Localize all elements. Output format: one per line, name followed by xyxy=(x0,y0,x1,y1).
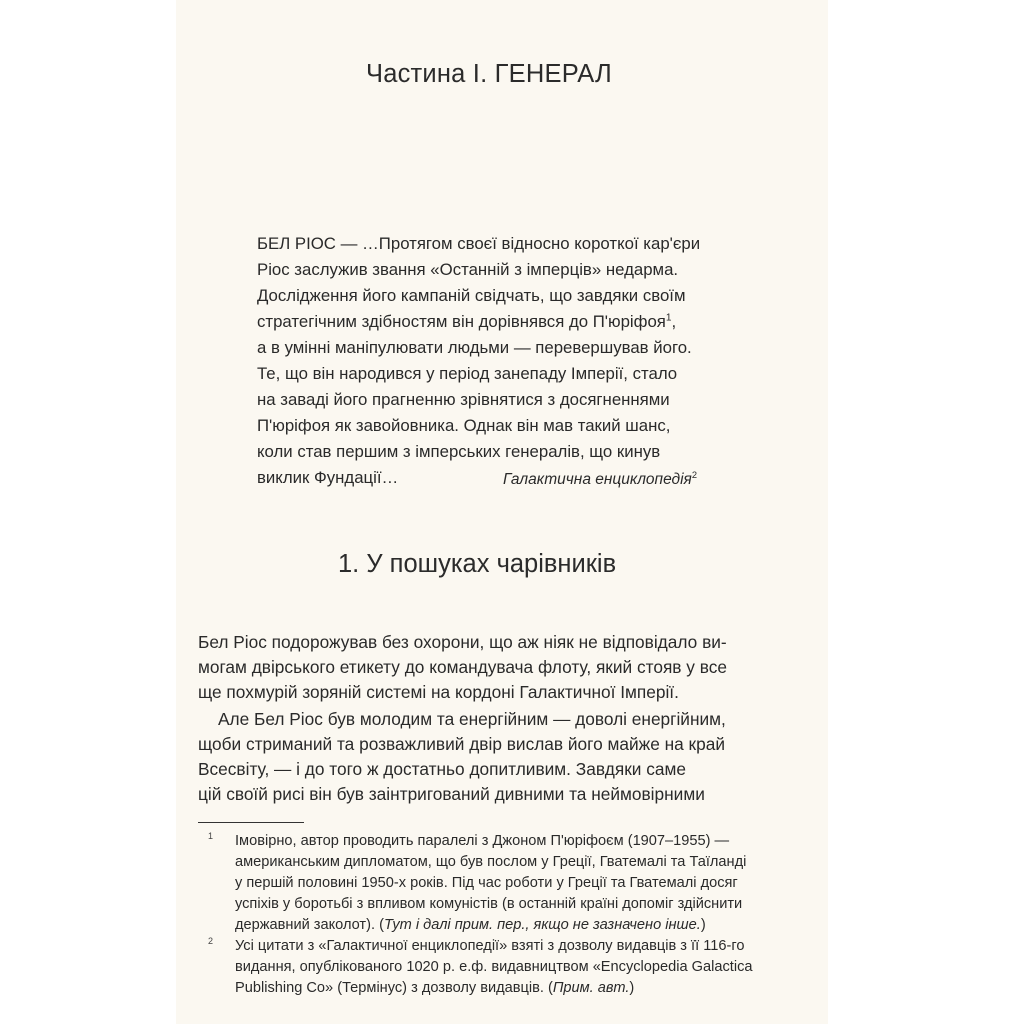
source-text: Галактична енциклопедія xyxy=(503,471,692,488)
book-page xyxy=(176,0,828,1024)
footnote-line: видання, опублікованого 1020 р. е.ф. вид… xyxy=(235,959,753,975)
comma: , xyxy=(672,312,677,331)
body-line: Бел Ріос подорожував без охорони, що аж … xyxy=(198,632,727,653)
footnote-line: успіхів у боротьбі з впливом комуністів … xyxy=(235,896,742,912)
epigraph-line: а в умінні маніпулювати людьми — перевер… xyxy=(257,338,692,358)
footnote-text: ) xyxy=(701,917,706,933)
footnote-text: ) xyxy=(629,980,634,996)
body-line: щоби стриманий та розважливий двір висла… xyxy=(198,734,725,755)
chapter-title: 1. У пошуках чарівників xyxy=(338,550,616,579)
footnote-italic: Тут і далі прим. пер., якщо не зазначено… xyxy=(384,917,701,933)
epigraph-line: стратегічним здібностям він дорівнявся д… xyxy=(257,312,676,332)
body-line: могам двірського етикету до командувача … xyxy=(198,657,727,678)
epigraph-source: Галактична енциклопедія2 xyxy=(503,471,697,489)
footnote-line: Усі цитати з «Галактичної енциклопедії» … xyxy=(235,938,744,954)
footnote-text: Publishing Co» (Термінус) з дозволу вида… xyxy=(235,980,553,996)
footnote-ref-2[interactable]: 2 xyxy=(692,470,697,480)
body-line: Але Бел Ріос був молодим та енергійним —… xyxy=(218,709,726,730)
body-line: Всесвіту, — і до того ж достатньо допитл… xyxy=(198,759,686,780)
epigraph-line: Дослідження його кампаній свідчать, що з… xyxy=(257,286,685,306)
footnote-text: державний заколот). ( xyxy=(235,917,384,933)
epigraph-line: Ріос заслужив звання «Останній з імперці… xyxy=(257,260,678,280)
epigraph-line: БЕЛ РІОС — …Протягом своєї відносно коро… xyxy=(257,234,700,254)
footnote-line: Імовірно, автор проводить паралелі з Джо… xyxy=(235,833,729,849)
epigraph-line: коли став першим з імперських генералів,… xyxy=(257,442,660,462)
footnote-italic: Прим. авт. xyxy=(553,980,630,996)
footnote-line: державний заколот). (Тут і далі прим. пе… xyxy=(235,917,706,933)
epigraph-line: П'юріфоя як завойовника. Однак він мав т… xyxy=(257,416,670,436)
footnote-line: у першій половині 1950-х років. Під час … xyxy=(235,875,738,891)
footnote-line: американським дипломатом, що був послом … xyxy=(235,854,746,870)
epigraph-text: стратегічним здібностям він дорівнявся д… xyxy=(257,312,666,331)
epigraph-line: виклик Фундації… xyxy=(257,468,398,488)
body-line: цій своїй рисі він був заінтригований ди… xyxy=(198,784,705,805)
footnote-line: Publishing Co» (Термінус) з дозволу вида… xyxy=(235,980,634,996)
body-line: ще похмурій зоряній системі на кордоні Г… xyxy=(198,682,679,703)
footnote-divider xyxy=(198,822,304,823)
epigraph-line: на заваді його прагненню зрівнятися з до… xyxy=(257,390,670,410)
footnote-mark: 2 xyxy=(208,936,213,946)
part-title: Частина І. ГЕНЕРАЛ xyxy=(366,60,612,89)
epigraph-line: Те, що він народився у період занепаду І… xyxy=(257,364,677,384)
footnote-mark: 1 xyxy=(208,831,213,841)
